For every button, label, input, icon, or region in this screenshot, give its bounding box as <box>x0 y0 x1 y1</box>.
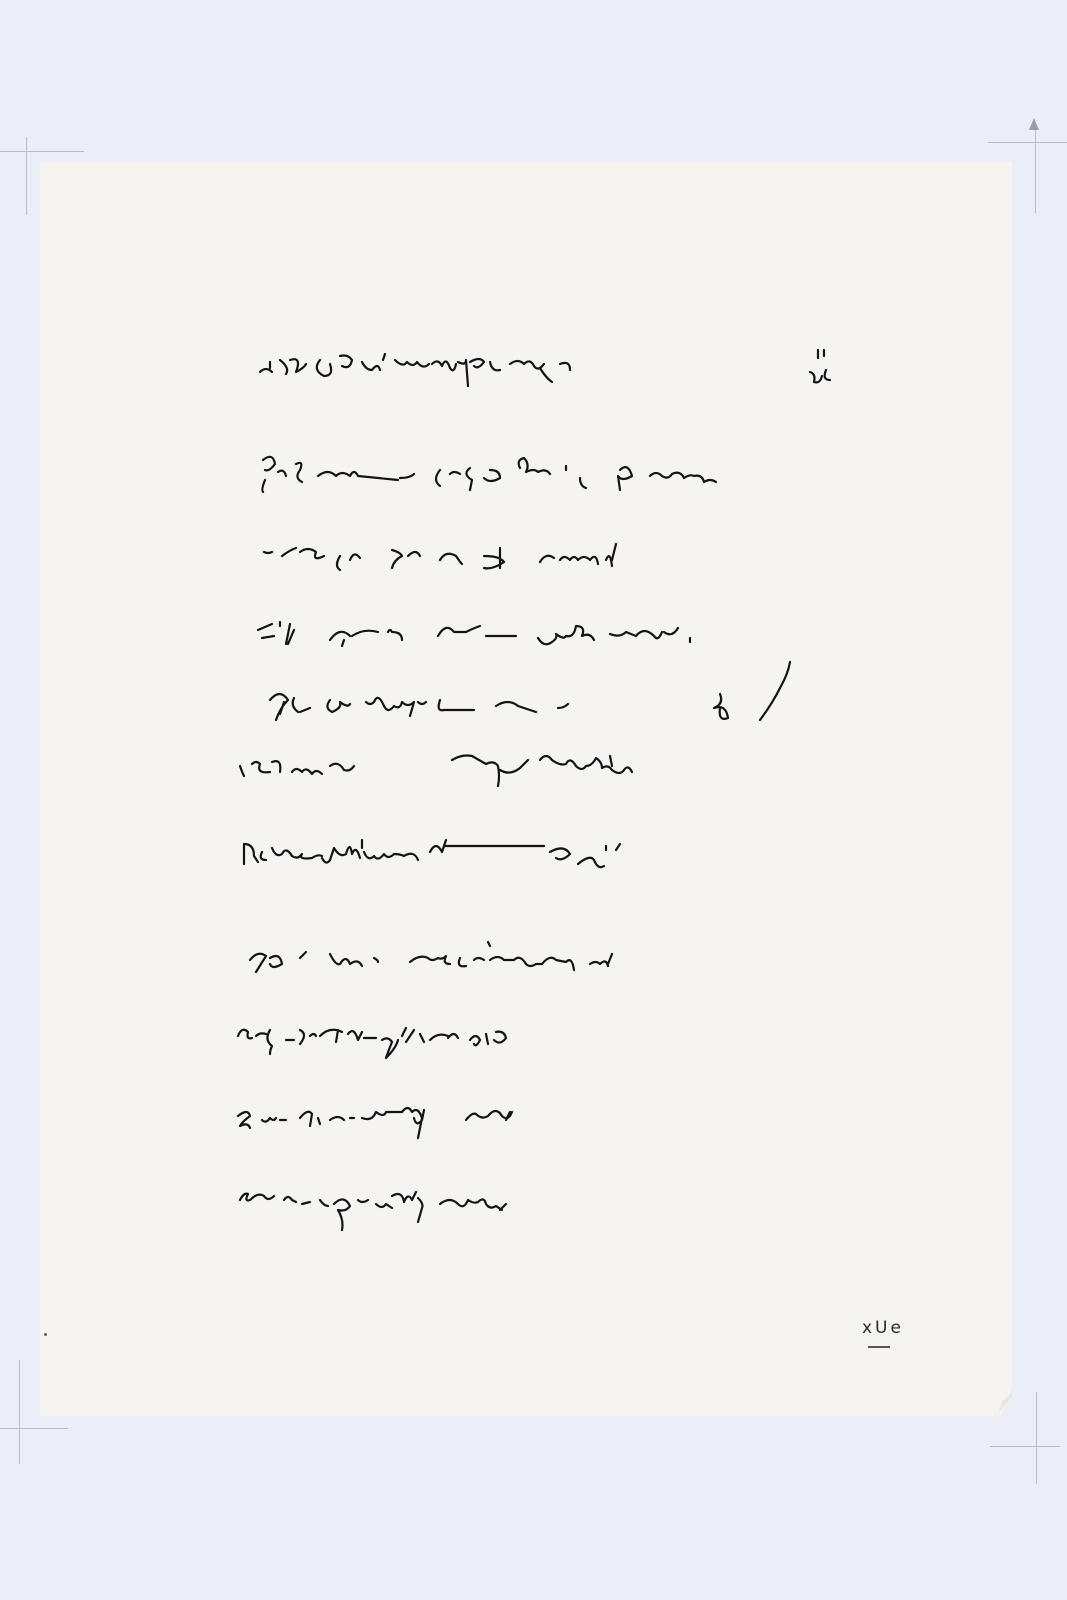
signature: xUe <box>862 1318 904 1338</box>
handwritten-line-7 <box>244 840 620 867</box>
handwritten-line-1 <box>260 350 830 386</box>
handwritten-line-6 <box>240 756 632 787</box>
handwritten-line-3 <box>264 544 616 570</box>
handwritten-line-4 <box>258 622 690 646</box>
handwritten-line-9 <box>238 1028 506 1058</box>
handwritten-line-10 <box>238 1108 512 1138</box>
handwritten-line-2 <box>262 457 716 492</box>
signature-underline <box>868 1346 890 1348</box>
handwritten-line-11 <box>240 1192 506 1230</box>
handwriting <box>0 0 1067 1600</box>
handwritten-line-8 <box>250 942 612 972</box>
handwritten-line-5 <box>270 662 790 720</box>
